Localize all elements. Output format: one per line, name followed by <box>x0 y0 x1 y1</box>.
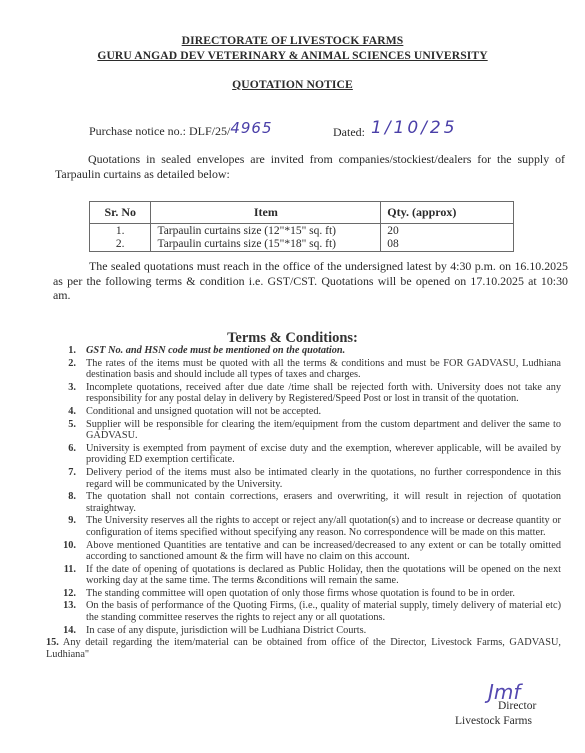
cell-item: Tarpaulin curtains size (15"*18" sq. ft) <box>151 238 381 252</box>
table-row: 1. Tarpaulin curtains size (12"*15" sq. … <box>90 224 514 238</box>
term-text: If the date of opening of quotations is … <box>86 564 561 587</box>
term-text: Supplier will be responsible for clearin… <box>86 419 561 442</box>
term-item: 14.In case of any dispute, jurisdiction … <box>46 625 561 637</box>
term-item: 2.The rates of the items must be quoted … <box>46 358 561 381</box>
notice-title: QUOTATION NOTICE <box>0 78 585 91</box>
term-text: In case of any dispute, jurisdiction wil… <box>86 625 366 636</box>
table-row: 2. Tarpaulin curtains size (15"*18" sq. … <box>90 238 514 252</box>
term-text: Above mentioned Quantities are tentative… <box>86 540 561 563</box>
term-number: 5. <box>46 419 76 431</box>
term-number: 10. <box>46 540 76 552</box>
cell-qty: 08 <box>381 238 514 252</box>
term-number: 9. <box>46 515 76 527</box>
term-item: 1.GST No. and HSN code must be mentioned… <box>46 345 561 357</box>
term-number: 12. <box>46 588 76 600</box>
term-item: 9.The University reserves all the rights… <box>46 515 561 538</box>
term-text: Incomplete quotations, received after du… <box>86 382 561 405</box>
term-number: 1. <box>46 345 76 357</box>
term-number: 8. <box>46 491 76 503</box>
signatory-department: Livestock Farms <box>455 715 532 727</box>
term-number: 6. <box>46 443 76 455</box>
cell-sr-no: 1. <box>90 224 151 238</box>
cell-sr-no: 2. <box>90 238 151 252</box>
term-text: Any detail regarding the item/material c… <box>46 637 561 660</box>
date-handwritten: 1/10/25 <box>371 118 458 138</box>
term-number: 2. <box>46 358 76 370</box>
term-item: 6.University is exempted from payment of… <box>46 443 561 466</box>
intro-paragraph: Quotations in sealed envelopes are invit… <box>55 152 565 181</box>
header-qty: Qty. (approx) <box>381 202 514 224</box>
term-item: 5.Supplier will be responsible for clear… <box>46 419 561 442</box>
term-item: 8.The quotation shall not contain correc… <box>46 491 561 514</box>
terms-list: 1.GST No. and HSN code must be mentioned… <box>46 345 561 661</box>
term-item: 12.The standing committee will open quot… <box>46 588 561 600</box>
cell-qty: 20 <box>381 224 514 238</box>
term-number: 11. <box>46 564 76 576</box>
term-number: 7. <box>46 467 76 479</box>
term-number: 3. <box>46 382 76 394</box>
term-item: 7.Delivery period of the items must also… <box>46 467 561 490</box>
university-heading: GURU ANGAD DEV VETERINARY & ANIMAL SCIEN… <box>0 49 585 62</box>
term-text: University is exempted from payment of e… <box>86 443 561 466</box>
header-item: Item <box>151 202 381 224</box>
table-header-row: Sr. No Item Qty. (approx) <box>90 202 514 224</box>
term-number: 14. <box>46 625 76 637</box>
term-text: GST No. and HSN code must be mentioned o… <box>86 345 345 356</box>
term-text: The rates of the items must be quoted wi… <box>86 358 561 381</box>
dated-label: Dated: <box>333 125 365 139</box>
term-number: 15. <box>46 637 59 648</box>
term-text: Conditional and unsigned quotation will … <box>86 406 321 417</box>
term-item: 3.Incomplete quotations, received after … <box>46 382 561 405</box>
submission-deadline-paragraph: The sealed quotations must reach in the … <box>53 259 568 303</box>
term-text: On the basis of performance of the Quoti… <box>86 600 561 623</box>
term-number: 4. <box>46 406 76 418</box>
term-item: 15. Any detail regarding the item/materi… <box>46 637 561 660</box>
notice-date: Dated:1/10/25 <box>333 121 458 141</box>
term-text: Delivery period of the items must also b… <box>86 467 561 490</box>
cell-item: Tarpaulin curtains size (12"*15" sq. ft) <box>151 224 381 238</box>
header-sr-no: Sr. No <box>90 202 151 224</box>
term-item: 10.Above mentioned Quantities are tentat… <box>46 540 561 563</box>
term-text: The standing committee will open quotati… <box>86 588 515 599</box>
purchase-notice-label: Purchase notice no.: DLF/25/ <box>89 124 230 138</box>
term-item: 4.Conditional and unsigned quotation wil… <box>46 406 561 418</box>
signatory-title: Director <box>498 700 536 712</box>
term-number: 13. <box>46 600 76 612</box>
directorate-heading: DIRECTORATE OF LIVESTOCK FARMS <box>0 34 585 47</box>
term-item: 13.On the basis of performance of the Qu… <box>46 600 561 623</box>
items-table: Sr. No Item Qty. (approx) 1. Tarpaulin c… <box>89 201 514 252</box>
term-text: The University reserves all the rights t… <box>86 515 561 538</box>
purchase-notice-number: Purchase notice no.: DLF/25/4965 <box>89 121 273 139</box>
term-item: 11.If the date of opening of quotations … <box>46 564 561 587</box>
term-text: The quotation shall not contain correcti… <box>86 491 561 514</box>
purchase-number-handwritten: 4965 <box>230 119 272 137</box>
